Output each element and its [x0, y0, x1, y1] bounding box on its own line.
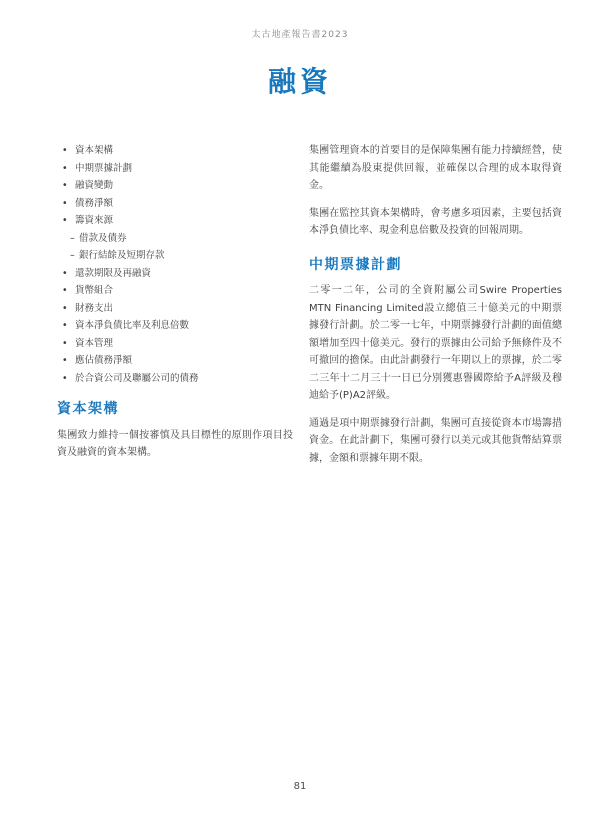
- toc-item-label: 銀行結餘及短期存款: [79, 247, 165, 265]
- toc-item: •資本淨負債比率及利息倍數: [57, 317, 293, 335]
- toc-item-label: 貨幣組合: [75, 282, 113, 300]
- document-page: 太古地產報告書2023 融資 •資本架構 •中期票據計劃 •融資變動 •債務淨額…: [0, 0, 600, 814]
- toc-sub-item: –銀行結餘及短期存款: [57, 247, 293, 265]
- dash-marker: –: [70, 247, 79, 265]
- page-title: 融資: [0, 66, 600, 98]
- toc-item-label: 資本管理: [75, 335, 113, 353]
- toc-sub-item: –借款及債券: [57, 230, 293, 248]
- left-column: •資本架構 •中期票據計劃 •融資變動 •債務淨額 •籌資來源 –借款及債券 –…: [57, 142, 293, 477]
- toc-item-label: 於合資公司及聯屬公司的債務: [75, 370, 199, 388]
- bullet-marker: •: [57, 282, 75, 300]
- bullet-marker: •: [57, 265, 75, 283]
- toc-list: •資本架構 •中期票據計劃 •融資變動 •債務淨額 •籌資來源 –借款及債券 –…: [57, 142, 293, 387]
- bullet-marker: •: [57, 370, 75, 388]
- toc-item-label: 應佔債務淨額: [75, 352, 132, 370]
- toc-item-label: 債務淨額: [75, 195, 113, 213]
- bullet-marker: •: [57, 300, 75, 318]
- toc-item-label: 資本架構: [75, 142, 113, 160]
- toc-item: •於合資公司及聯屬公司的債務: [57, 370, 293, 388]
- bullet-marker: •: [57, 160, 75, 178]
- bullet-marker: •: [57, 195, 75, 213]
- capital-structure-paragraph: 集團致力維持一個按審慎及具目標性的原則作項目投資及融資的資本架構。: [57, 427, 293, 462]
- toc-item: •財務支出: [57, 300, 293, 318]
- toc-item-label: 還款期限及再融資: [75, 265, 151, 283]
- mtn-paragraph-2: 通過是項中期票據發行計劃，集團可直接從資本市場籌措資金。在此計劃下，集團可發行以…: [309, 415, 562, 468]
- bullet-marker: •: [57, 177, 75, 195]
- mtn-paragraph-1: 二零一二年，公司的全資附屬公司Swire Properties MTN Fina…: [309, 282, 562, 405]
- page-number: 81: [0, 781, 600, 792]
- section-heading-capital-structure: 資本架構: [57, 401, 293, 418]
- toc-item: •應佔債務淨額: [57, 352, 293, 370]
- toc-item-label: 融資變動: [75, 177, 113, 195]
- report-header: 太古地產報告書2023: [0, 0, 600, 40]
- capital-intro-paragraph-1: 集團管理資本的首要目的是保障集團有能力持續經營，使其能繼續為股東提供回報，並確保…: [309, 142, 562, 195]
- bullet-marker: •: [57, 142, 75, 160]
- bullet-marker: •: [57, 317, 75, 335]
- toc-item: •貨幣組合: [57, 282, 293, 300]
- toc-item-label: 籌資來源: [75, 212, 113, 230]
- toc-item: •資本架構: [57, 142, 293, 160]
- section-heading-mtn-programme: 中期票據計劃: [309, 257, 562, 274]
- toc-item: •中期票據計劃: [57, 160, 293, 178]
- toc-item: •資本管理: [57, 335, 293, 353]
- bullet-marker: •: [57, 352, 75, 370]
- right-column: 集團管理資本的首要目的是保障集團有能力持續經營，使其能繼續為股東提供回報，並確保…: [309, 142, 562, 477]
- toc-item: •還款期限及再融資: [57, 265, 293, 283]
- toc-item: •融資變動: [57, 177, 293, 195]
- toc-item-label: 財務支出: [75, 300, 113, 318]
- toc-item-label: 資本淨負債比率及利息倍數: [75, 317, 189, 335]
- content-columns: •資本架構 •中期票據計劃 •融資變動 •債務淨額 •籌資來源 –借款及債券 –…: [57, 142, 600, 477]
- toc-item-label: 中期票據計劃: [75, 160, 132, 178]
- toc-item: •債務淨額: [57, 195, 293, 213]
- toc-item: •籌資來源: [57, 212, 293, 230]
- dash-marker: –: [70, 230, 79, 248]
- bullet-marker: •: [57, 335, 75, 353]
- toc-item-label: 借款及債券: [79, 230, 127, 248]
- capital-intro-paragraph-2: 集團在監控其資本架構時，會考慮多項因素，主要包括資本淨負債比率、現金利息倍數及投…: [309, 205, 562, 240]
- bullet-marker: •: [57, 212, 75, 230]
